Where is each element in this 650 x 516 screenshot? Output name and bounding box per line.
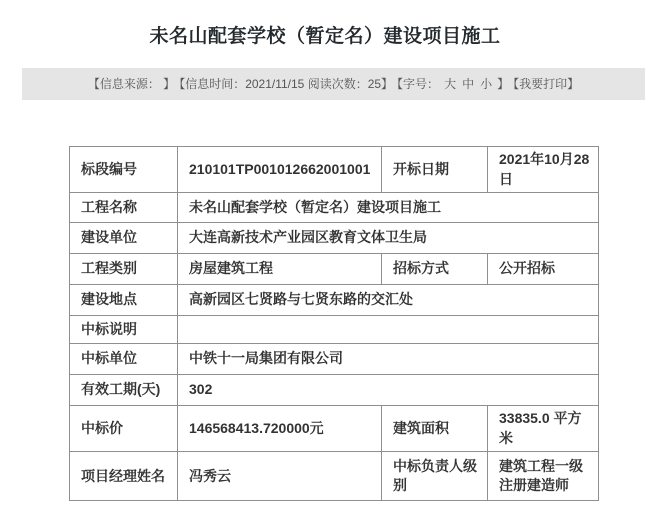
table-row: 建设地点 高新园区七贤路与七贤东路的交汇处 bbox=[70, 285, 599, 316]
label-award-note: 中标说明 bbox=[70, 316, 178, 344]
font-size-label-prefix: 【字号： bbox=[397, 77, 439, 91]
meta-bar: 【信息来源： 】【信息时间：2021/11/15 阅读次数：25】【字号：大中小… bbox=[22, 68, 645, 100]
value-bid-opening-date: 2021年10月28日 bbox=[488, 147, 599, 193]
print-button[interactable]: 【我要打印】 bbox=[513, 77, 579, 91]
table-row: 中标价 146568413.720000元 建筑面积 33835.0 平方米 bbox=[70, 406, 599, 452]
table-row: 项目经理姓名 冯秀云 中标负责人级别 建筑工程一级注册建造师 bbox=[70, 452, 599, 501]
label-bid-section-no: 标段编号 bbox=[70, 147, 178, 193]
value-construction-site: 高新园区七贤路与七贤东路的交汇处 bbox=[178, 285, 599, 316]
value-construction-unit: 大连高新技术产业园区教育文体卫生局 bbox=[178, 223, 599, 254]
label-winning-price: 中标价 bbox=[70, 406, 178, 452]
font-size-medium-link[interactable]: 中 bbox=[462, 77, 474, 91]
label-tender-method: 招标方式 bbox=[382, 254, 488, 285]
label-project-name: 工程名称 bbox=[70, 193, 178, 223]
table-row: 建设单位 大连高新技术产业园区教育文体卫生局 bbox=[70, 223, 599, 254]
label-effective-duration-days: 有效工期(天) bbox=[70, 375, 178, 406]
label-construction-unit: 建设单位 bbox=[70, 223, 178, 254]
table-row: 工程名称 未名山配套学校（暂定名）建设项目施工 bbox=[70, 193, 599, 223]
info-time-label: 【信息时间：2021/11/15 阅读次数：25】 bbox=[179, 77, 393, 91]
value-project-category: 房屋建筑工程 bbox=[178, 254, 382, 285]
value-project-name: 未名山配套学校（暂定名）建设项目施工 bbox=[178, 193, 599, 223]
font-size-small-link[interactable]: 小 bbox=[480, 77, 492, 91]
font-size-label-suffix: 】 bbox=[497, 77, 509, 91]
table-row: 工程类别 房屋建筑工程 招标方式 公开招标 bbox=[70, 254, 599, 285]
value-winning-bidder: 中铁十一局集团有限公司 bbox=[178, 344, 599, 375]
label-project-category: 工程类别 bbox=[70, 254, 178, 285]
value-award-note bbox=[178, 316, 599, 344]
font-size-large-link[interactable]: 大 bbox=[444, 77, 456, 91]
value-project-manager-name: 冯秀云 bbox=[178, 452, 382, 501]
label-project-manager-name: 项目经理姓名 bbox=[70, 452, 178, 501]
table-row: 标段编号 210101TP001012662001001 开标日期 2021年1… bbox=[70, 147, 599, 193]
value-bid-section-no: 210101TP001012662001001 bbox=[178, 147, 382, 193]
table-row: 中标单位 中铁十一局集团有限公司 bbox=[70, 344, 599, 375]
label-winner-qualification-level: 中标负责人级别 bbox=[382, 452, 488, 501]
label-winning-bidder: 中标单位 bbox=[70, 344, 178, 375]
value-winner-qualification-level: 建筑工程一级注册建造师 bbox=[488, 452, 599, 501]
label-bid-opening-date: 开标日期 bbox=[382, 147, 488, 193]
bid-info-table: 标段编号 210101TP001012662001001 开标日期 2021年1… bbox=[69, 146, 599, 501]
value-effective-duration-days: 302 bbox=[178, 375, 599, 406]
value-winning-price: 146568413.720000元 bbox=[178, 406, 382, 452]
value-tender-method: 公开招标 bbox=[488, 254, 599, 285]
value-building-area: 33835.0 平方米 bbox=[488, 406, 599, 452]
page-title: 未名山配套学校（暂定名）建设项目施工 bbox=[0, 24, 650, 50]
label-building-area: 建筑面积 bbox=[382, 406, 488, 452]
announcement-page: 未名山配套学校（暂定名）建设项目施工 【信息来源： 】【信息时间：2021/11… bbox=[0, 0, 650, 516]
table-row: 中标说明 bbox=[70, 316, 599, 344]
table-row: 有效工期(天) 302 bbox=[70, 375, 599, 406]
info-source-label: 【信息来源： 】 bbox=[88, 77, 175, 91]
label-construction-site: 建设地点 bbox=[70, 285, 178, 316]
